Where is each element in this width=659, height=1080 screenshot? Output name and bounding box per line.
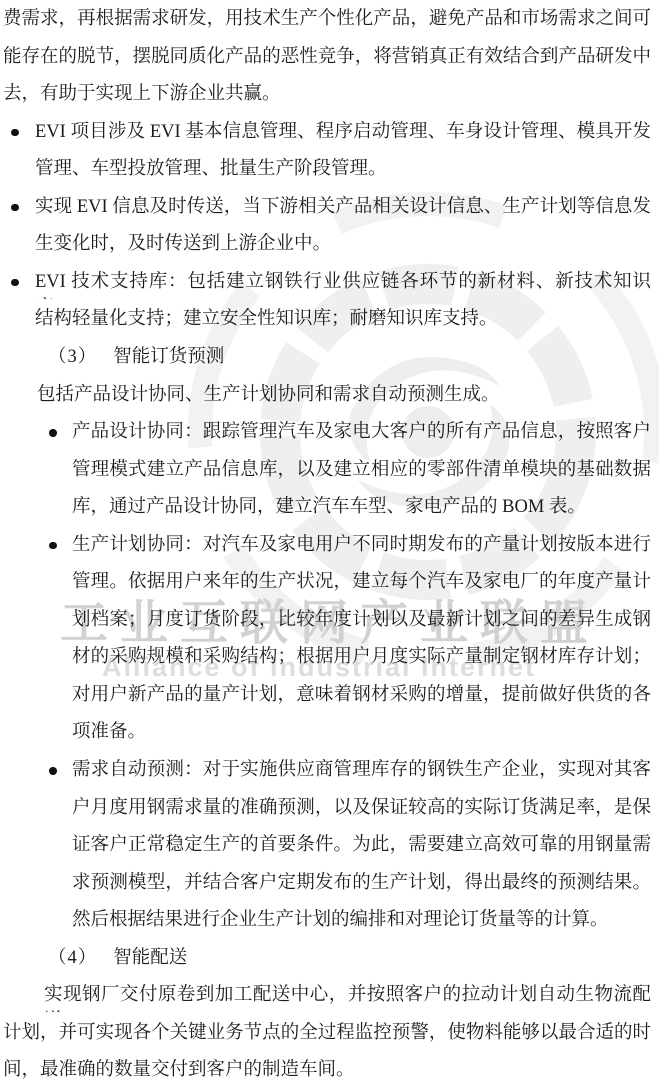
text-line: 生产计划协同：对汽车及家电用户不同时期发布的产量计划按版本进行 xyxy=(72,532,651,562)
bullet-dot-icon xyxy=(11,204,19,212)
text-line: 证客户正常稳定生产的首要条件。为此，需要建立高效可靠的用钢量需 xyxy=(72,832,651,862)
document-page: 工业互联网产业联盟 Alliance of Industrial Interne… xyxy=(0,0,659,1080)
bullet-dot-icon xyxy=(49,542,57,550)
text-line: 费需求，再根据需求研发，用技术生产个性化产品，避免产品和市场需求之间可 xyxy=(3,6,651,36)
text-line: 包括产品设计协同、生产计划协同和需求自动预测生成。 xyxy=(37,382,500,412)
section-heading: （3）智能订货预测 xyxy=(48,344,224,374)
text-line: 结构轻量化支持；建立安全性知识库；耐磨知识库支持。 xyxy=(35,306,498,336)
text-line: 产品设计协同：跟踪管理汽车及家电大客户的所有产品信息，按照客户 xyxy=(72,419,651,449)
heading-title: 智能订货预测 xyxy=(113,347,224,367)
text-line: 库，通过产品设计协同，建立汽车车型、家电产品的 BOM 表。 xyxy=(72,494,586,524)
text-line: 能存在的脱节，摆脱同质化产品的恶性竞争，将营销真正有效结合到产品研发中 xyxy=(3,44,651,74)
bullet-dot-icon xyxy=(49,767,57,775)
text-line: 划档案；月度订货阶段，比较年度计划以及最新计划之间的差异生成钢 xyxy=(72,607,651,637)
bullet-dot-icon xyxy=(11,279,19,287)
text-line: 管理。依据用户来年的生产状况，建立每个汽车及家电厂的年度产量计 xyxy=(72,569,651,599)
bullet-dot-icon xyxy=(49,429,57,437)
text-line: 间，最准确的数量交付到客户的制造车间。 xyxy=(3,1057,355,1080)
heading-title: 智能配送 xyxy=(113,948,187,968)
text-line: 去，有助于实现上下游企业共赢。 xyxy=(3,81,281,111)
text-line: 户月度用钢需求量的准确预测，以及保证较高的实际订货满足率，是保 xyxy=(72,795,651,825)
bullet-dot-icon xyxy=(11,129,19,137)
heading-number: （4） xyxy=(48,948,97,968)
text-line: EVI 技术支持库：包括建立钢铁行业供应链各环节的新材料、新技术知识库； xyxy=(35,269,651,299)
document-text: 费需求，再根据需求研发，用技术生产个性化产品，避免产品和市场需求之间可能存在的脱… xyxy=(0,0,659,1080)
text-line: 计划，并可实现各个关键业务节点的全过程监控预警，使物料能够以最合适的时 xyxy=(3,1020,651,1050)
section-heading: （4）智能配送 xyxy=(48,945,187,975)
text-line: 管理、车型投放管理、批量生产阶段管理。 xyxy=(35,156,387,186)
text-line: 然后根据结果进行企业生产计划的编排和对理论订货量等的计算。 xyxy=(72,907,609,937)
text-line: 实现 EVI 信息及时传送，当下游相关产品相关设计信息、生产计划等信息发 xyxy=(35,194,651,224)
text-line: 材的采购规模和采购结构；根据用户月度实际产量制定钢材库存计划； xyxy=(72,644,651,674)
text-line: 需求自动预测：对于实施供应商管理库存的钢铁生产企业，实现对其客 xyxy=(72,757,651,787)
heading-number: （3） xyxy=(48,347,97,367)
text-line: EVI 项目涉及 EVI 基本信息管理、程序启动管理、车身设计管理、模具开发 xyxy=(35,119,651,149)
text-line: 管理模式建立产品信息库，以及建立相应的零部件清单模块的基础数据 xyxy=(72,457,651,487)
text-line: 项准备。 xyxy=(72,719,146,749)
text-line: 求预测模型，并结合客户定期发布的生产计划，得出最终的预测结果。 xyxy=(72,870,651,900)
text-line: 生变化时，及时传送到上游企业中。 xyxy=(35,231,331,261)
text-line: 对用户新产品的量产计划，意味着钢材采购的增量，提前做好供货的各 xyxy=(72,682,651,712)
text-line: 实现钢厂交付原卷到加工配送中心，并按照客户的拉动计划自动生物流配送 xyxy=(44,982,651,1012)
